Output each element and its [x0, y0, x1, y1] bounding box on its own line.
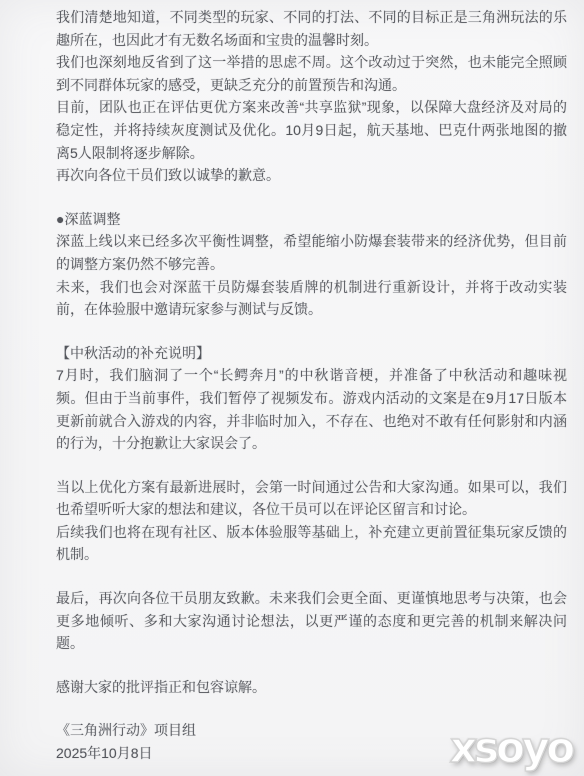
- text-line: 最后，再次向各位干员朋友致歉。未来我们会更全面、更谨慎地思考与决策，也会: [56, 587, 567, 610]
- text-line: 也希望听听大家的想法和建议，各位干员可以在评论区留言和讨论。: [56, 498, 567, 521]
- xsoyo-watermark: xsoyo: [449, 723, 573, 772]
- text-line: 到不同群体玩家的感受，更缺乏充分的前置预告和沟通。: [56, 74, 567, 97]
- text-line: ●深蓝调整: [56, 208, 567, 231]
- text-line: 更新前就合入游戏的内容，并非临时加入，不存在、也绝对不敢有任何影射和内涵: [56, 410, 567, 433]
- text-line: 后续我们也将在现有社区、版本体验服等基础上，补充建立更前置征集玩家反馈的: [56, 521, 567, 544]
- text-line: 再次向各位干员们致以诚挚的歉意。: [56, 164, 567, 187]
- text-line: 机制。: [56, 543, 567, 566]
- announcement-page: 我们清楚地知道，不同类型的玩家、不同的打法、不同的目标正是三角洲玩法的乐趣所在，…: [0, 0, 584, 776]
- text-line: 题。: [56, 632, 567, 655]
- text-line: 前，在体验服中邀请玩家参与测试与反馈。: [56, 298, 567, 321]
- text-line: 趣所在，也因此才有无数名场面和宝贵的温馨时刻。: [56, 29, 567, 52]
- section-final-apology: 最后，再次向各位干员朋友致歉。未来我们会更全面、更谨慎地思考与决策，也会更多地倾…: [56, 587, 567, 655]
- text-line: 深蓝上线以来已经多次平衡性调整，希望能缩小防爆套装带来的经济优势，但目前: [56, 230, 567, 253]
- text-line: 我们清楚地知道，不同类型的玩家、不同的打法、不同的目标正是三角洲玩法的乐: [56, 6, 567, 29]
- text-line: 我们也深刻地反省到了这一举措的思虑不周。这个改动过于突然，也未能完全照顾: [56, 51, 567, 74]
- section-deep-blue-adjustment: ●深蓝调整深蓝上线以来已经多次平衡性调整，希望能缩小防爆套装带来的经济优势，但目…: [56, 208, 567, 321]
- section-mid-autumn-event-note: 【中秋活动的补充说明】7月时，我们脑洞了一个“长鳄奔月”的中秋谐音梗，并准备了中…: [56, 342, 567, 455]
- section-opening-reflection: 我们清楚地知道，不同类型的玩家、不同的打法、不同的目标正是三角洲玩法的乐趣所在，…: [56, 6, 567, 187]
- text-line: 频。但由于当前事件，我们暂停了视频发布。游戏内活动的文案是在9月17日版本: [56, 387, 567, 410]
- text-line: 稳定性，并将持续灰度测试及优化。10月9日起，航天基地、巴克什两张地图的撤: [56, 119, 567, 142]
- text-line: 未来，我们也会对深蓝干员防爆套装盾牌的机制进行重新设计，并将于改动实装: [56, 276, 567, 299]
- text-line: 的调整方案仍然不够完善。: [56, 253, 567, 276]
- section-communication-plan: 当以上优化方案有最新进展时，会第一时间通过公告和大家沟通。如果可以，我们也希望听…: [56, 476, 567, 566]
- text-line: 当以上优化方案有最新进展时，会第一时间通过公告和大家沟通。如果可以，我们: [56, 476, 567, 499]
- text-line: 【中秋活动的补充说明】: [56, 342, 567, 365]
- text-line: 离5人限制将逐步解除。: [56, 142, 567, 165]
- text-line: 的行为，十分抱歉让大家误会了。: [56, 432, 567, 455]
- text-line: 7月时，我们脑洞了一个“长鳄奔月”的中秋谐音梗，并准备了中秋活动和趣味视: [56, 364, 567, 387]
- announcement-body: 我们清楚地知道，不同类型的玩家、不同的打法、不同的目标正是三角洲玩法的乐趣所在，…: [56, 6, 567, 765]
- section-thanks: 感谢大家的批评指正和包容谅解。: [56, 676, 567, 699]
- text-line: 感谢大家的批评指正和包容谅解。: [56, 676, 567, 699]
- text-line: 目前，团队也正在评估更优方案来改善“共享监狱”现象，以保障大盘经济及对局的: [56, 96, 567, 119]
- text-line: 更多地倾听、多和大家沟通讨论想法，以更严谨的态度和更完善的机制来解决问: [56, 610, 567, 633]
